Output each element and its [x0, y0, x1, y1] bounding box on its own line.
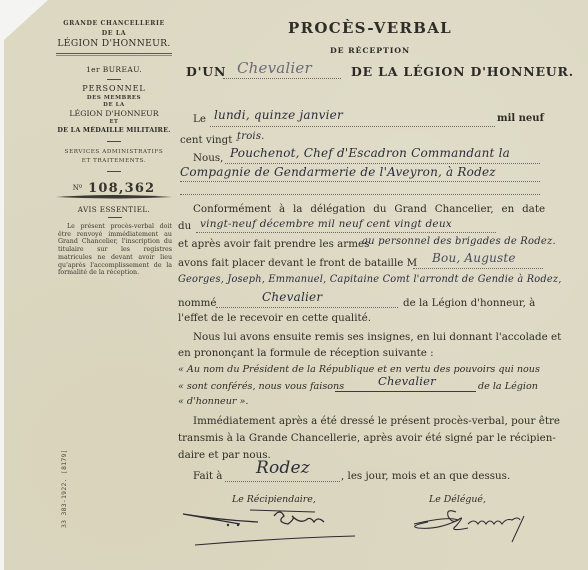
recipient-handwritten-line2: Georges, Joseph, Emmanuel, Capitaine Com…	[178, 274, 562, 285]
fait-suffix: , les jour, mois et an que dessus.	[341, 470, 510, 482]
sidebar-bureau: 1er BUREAU.	[52, 66, 176, 74]
sidebar-services-line2: ET TRAITEMENTS.	[52, 159, 176, 165]
year-handwritten: trois.	[237, 131, 265, 142]
sidebar-divider	[56, 53, 172, 54]
recipient-handwritten-line1: Bou, Auguste	[432, 251, 516, 265]
troops-handwritten: au personnel des brigades de Rodez.	[362, 236, 556, 247]
officer-field-line3	[180, 194, 540, 195]
rank-handwritten: Chevalier	[237, 59, 312, 77]
sidebar-short-rule	[107, 171, 121, 172]
fait-prefix: Fait à	[193, 470, 222, 482]
date-field	[210, 126, 495, 127]
formula-line3: « d'honneur ».	[178, 396, 248, 407]
formula-rank-field	[335, 391, 476, 392]
para3-line2: transmis à la Grande Chancellerie, après…	[178, 432, 556, 444]
sidebar-header-line3: LÉGION D'HONNEUR.	[52, 39, 176, 48]
officer-handwritten-line2: Compagnie de Gendarmerie de l'Aveyron, à…	[180, 165, 496, 179]
date-mid: mil neuf	[497, 113, 544, 124]
sidebar-header-line1: GRANDE CHANCELLERIE	[52, 21, 176, 27]
place-handwritten: Rodez	[256, 458, 310, 478]
rank-prefix: D'UN	[186, 64, 226, 79]
nous-prefix: Nous,	[193, 152, 223, 164]
printer-mark: 33 383-1922. [8179]	[60, 449, 68, 528]
avis-title: AVIS ESSENTIEL.	[52, 206, 176, 213]
para1-du: du	[178, 220, 191, 232]
recipient-label: Le Récipiendaire,	[232, 494, 316, 505]
para2-line1: Nous lui avons ensuite remis ses insigne…	[193, 331, 561, 343]
date-prefix: Le	[193, 113, 206, 125]
delegation-date-field	[196, 232, 496, 233]
sidebar-divider	[56, 55, 172, 56]
document-subtitle: DE RÉCEPTION	[200, 46, 540, 55]
sidebar-personnel-line4: ET	[52, 120, 176, 125]
nomme-suffix: de la Légion d'honneur, à	[403, 297, 535, 309]
rank-suffix: DE LA LÉGION D'HONNEUR.	[351, 64, 574, 79]
place-field	[225, 481, 340, 482]
sidebar-personnel-line1: DES MEMBRES	[52, 96, 176, 101]
officer-field-line1	[225, 163, 540, 164]
formula-line2-prefix: « sont conférés, nous vous faisons	[178, 381, 344, 392]
para3-line1: Immédiatement après a été dressé le prés…	[193, 415, 560, 427]
sidebar-short-rule	[107, 79, 121, 80]
sidebar-personnel-title: PERSONNEL	[52, 85, 176, 93]
nomme-rank-field	[216, 307, 398, 308]
sidebar-services-line1: SERVICES ADMINISTRATIFS	[52, 150, 176, 156]
rank-field: Chevalier	[223, 63, 341, 79]
sidebar-personnel-line3: LÉGION D'HONNEUR	[52, 110, 176, 118]
date-handwritten: lundi, quinze janvier	[214, 108, 343, 122]
para1-end: l'effet de le recevoir en cette qualité.	[178, 312, 371, 324]
formula-line2-suffix: de la Légion	[478, 381, 538, 392]
recipient-signature	[180, 508, 360, 548]
delegation-date-handwritten: vingt-neuf décembre mil neuf cent vingt …	[200, 218, 452, 230]
sidebar-header-line2: DE LA	[52, 31, 176, 37]
para1-line4: avons fait placer devant le front de bat…	[178, 257, 417, 269]
para1-line1: Conformément à la délégation du Grand Ch…	[193, 203, 545, 215]
delegate-signature	[408, 506, 538, 546]
formula-line1: « Au nom du Président de la République e…	[178, 364, 540, 375]
nomme-label: nommé	[178, 297, 216, 309]
avis-text: Le présent procès-verbal doit être renvo…	[58, 223, 172, 277]
sidebar-personnel-line2: DE LA	[52, 103, 176, 108]
recipient-field-line1	[413, 268, 543, 269]
nomme-rank-handwritten: Chevalier	[262, 290, 322, 304]
para2-line2: en prononçant la formule de réception su…	[178, 347, 434, 359]
delegate-label: Le Délégué,	[429, 494, 486, 505]
para1-line3: et après avoir fait prendre les armes	[178, 238, 369, 250]
officer-field-line2	[180, 181, 540, 182]
date-line2-prefix: cent vingt -	[180, 134, 239, 146]
officer-handwritten-line1: Pouchenot, Chef d'Escadron Commandant la	[230, 146, 510, 160]
ornamental-rule	[54, 193, 174, 201]
sidebar-personnel-line5: DE LA MÉDAILLE MILITAIRE.	[52, 127, 176, 133]
document-title: PROCÈS-VERBAL	[200, 19, 540, 37]
sidebar-short-rule	[108, 217, 122, 218]
sidebar-short-rule	[107, 141, 121, 142]
formula-rank-handwritten: Chevalier	[378, 374, 436, 388]
number-prefix: Nº	[73, 184, 82, 192]
